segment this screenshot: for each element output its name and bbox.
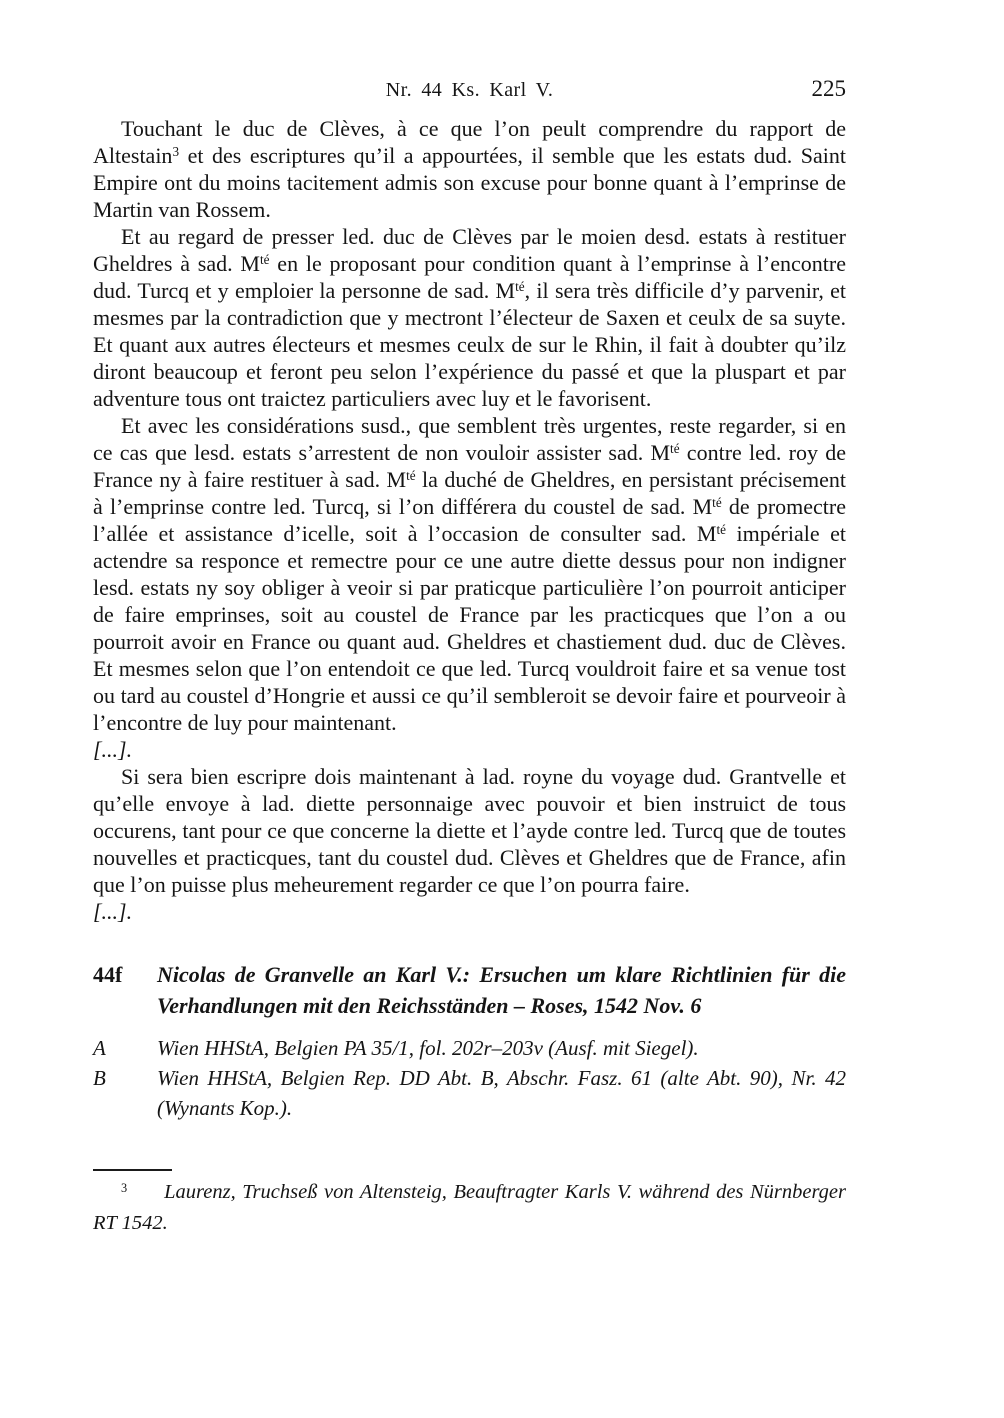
paragraph-et-au-regard: Et au regard de presser led. duc de Clèv…: [93, 223, 846, 412]
source-list: A Wien HHStA, Belgien PA 35/1, fol. 202r…: [93, 1033, 846, 1123]
paragraph-si-sera-bien: Si sera bien escripre dois maintenant à …: [93, 763, 846, 898]
paragraph-touchant: Touchant le duc de Clèves, à ce que l’on…: [93, 115, 846, 223]
source-label-a: A: [93, 1033, 157, 1063]
body-text: Touchant le duc de Clèves, à ce que l’on…: [93, 115, 846, 925]
ellipsis-line-2: [...].: [93, 898, 846, 925]
page-header: Nr. 44 Ks. Karl V. 225: [93, 79, 846, 103]
footnote: 3Laurenz, Truchseß von Altensteig, Beauf…: [93, 1177, 846, 1239]
footnote-number: 3: [121, 1181, 127, 1195]
source-text-a: Wien HHStA, Belgien PA 35/1, fol. 202r–2…: [157, 1033, 846, 1063]
text-block: Nr. 44 Ks. Karl V. 225 Touchant le duc d…: [93, 79, 846, 1239]
entry-heading: 44f Nicolas de Granvelle an Karl V.: Ers…: [93, 959, 846, 1021]
entry-number: 44f: [93, 959, 157, 1021]
source-row-b: B Wien HHStA, Belgien Rep. DD Abt. B, Ab…: [93, 1063, 846, 1123]
source-text-b: Wien HHStA, Belgien Rep. DD Abt. B, Absc…: [157, 1063, 846, 1123]
source-row-a: A Wien HHStA, Belgien PA 35/1, fol. 202r…: [93, 1033, 846, 1063]
source-label-b: B: [93, 1063, 157, 1123]
ellipsis-line-1: [...].: [93, 736, 846, 763]
footnote-block: 3Laurenz, Truchseß von Altensteig, Beauf…: [93, 1169, 846, 1239]
footnote-separator: [93, 1169, 172, 1171]
footnote-text: Laurenz, Truchseß von Altensteig, Beauft…: [93, 1181, 846, 1234]
book-page: Nr. 44 Ks. Karl V. 225 Touchant le duc d…: [0, 0, 1004, 1418]
paragraph-et-avec-considerations: Et avec les considérations susd., que se…: [93, 412, 846, 736]
entry-title: Nicolas de Granvelle an Karl V.: Ersuche…: [157, 959, 846, 1021]
running-head: Nr. 44 Ks. Karl V.: [93, 79, 846, 102]
page-number: 225: [812, 76, 847, 102]
